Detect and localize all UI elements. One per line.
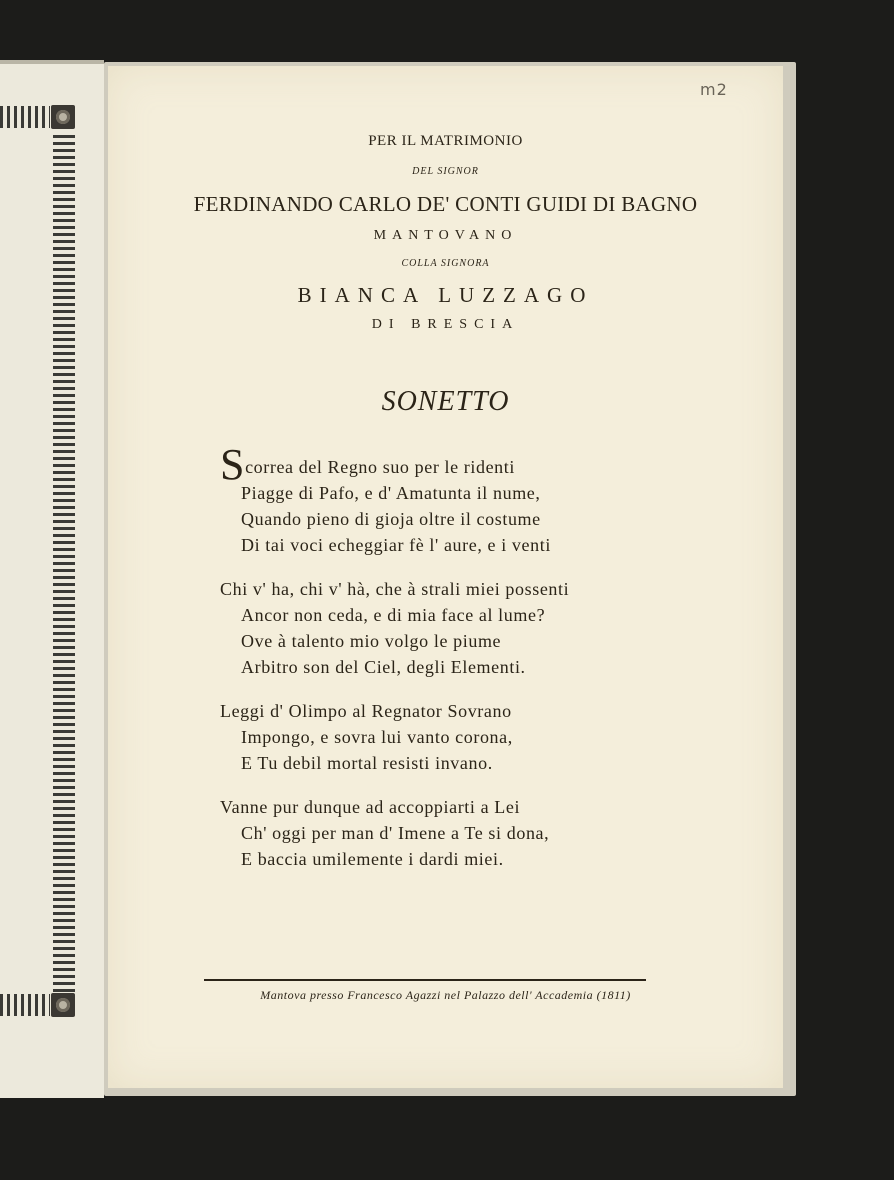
stanza-1: Scorrea del Regno suo per le ridenti Pia… <box>220 450 569 558</box>
ornamental-border-side <box>53 132 75 992</box>
rosette-ornament-bottom <box>51 993 75 1017</box>
ornamental-border-bottom <box>0 994 50 1016</box>
bride-name: BIANCA LUZZAGO <box>108 283 783 308</box>
verse-line: E baccia umilemente i dardi miei. <box>220 846 569 872</box>
sonnet: Scorrea del Regno suo per le ridenti Pia… <box>220 450 569 890</box>
verse-line: Piagge di Pafo, e d' Amatunta il nume, <box>220 480 569 506</box>
ornamental-border-top <box>0 106 50 128</box>
verse-line: Chi v' ha, chi v' hà, che à strali miei … <box>220 576 569 602</box>
stanza-3: Leggi d' Olimpo al Regnator Sovrano Impo… <box>220 698 569 776</box>
verse-line: Ancor non ceda, e di mia face al lume? <box>220 602 569 628</box>
heading-line-2: DEL SIGNOR <box>108 166 783 177</box>
verse-line: Ove à talento mio volgo le piume <box>220 628 569 654</box>
stanza-2: Chi v' ha, chi v' hà, che à strali miei … <box>220 576 569 680</box>
bride-origin: DI BRESCIA <box>108 317 783 333</box>
divider-rule <box>204 979 646 981</box>
rosette-ornament-top <box>51 105 75 129</box>
pencil-annotation: m2 <box>700 80 728 99</box>
verse-line: Leggi d' Olimpo al Regnator Sovrano <box>220 698 569 724</box>
heading-line-1: PER IL MATRIMONIO <box>108 133 783 150</box>
verse-line: Di tai voci echeggiar fè l' aure, e i ve… <box>220 532 569 558</box>
groom-origin: MANTOVANO <box>108 228 783 244</box>
imprint-line: Mantova presso Francesco Agazzi nel Pala… <box>108 988 783 1003</box>
verse-line: Arbitro son del Ciel, degli Elementi. <box>220 654 569 680</box>
verse-line: Quando pieno di gioja oltre il costume <box>220 506 569 532</box>
verse-line: Impongo, e sovra lui vanto corona, <box>220 724 569 750</box>
heading-line-5: COLLA SIGNORA <box>108 258 783 269</box>
verse-line: Vanne pur dunque ad accoppiarti a Lei <box>220 794 569 820</box>
poem-title: SONETTO <box>108 386 783 418</box>
verse-line: Ch' oggi per man d' Imene a Te si dona, <box>220 820 569 846</box>
verse-line: E Tu debil mortal resisti invano. <box>220 750 569 776</box>
left-page <box>0 64 104 1098</box>
verse-line: Scorrea del Regno suo per le ridenti <box>220 450 569 480</box>
groom-name: FERDINANDO CARLO DE' CONTI GUIDI DI BAGN… <box>108 192 783 217</box>
stanza-4: Vanne pur dunque ad accoppiarti a Lei Ch… <box>220 794 569 872</box>
